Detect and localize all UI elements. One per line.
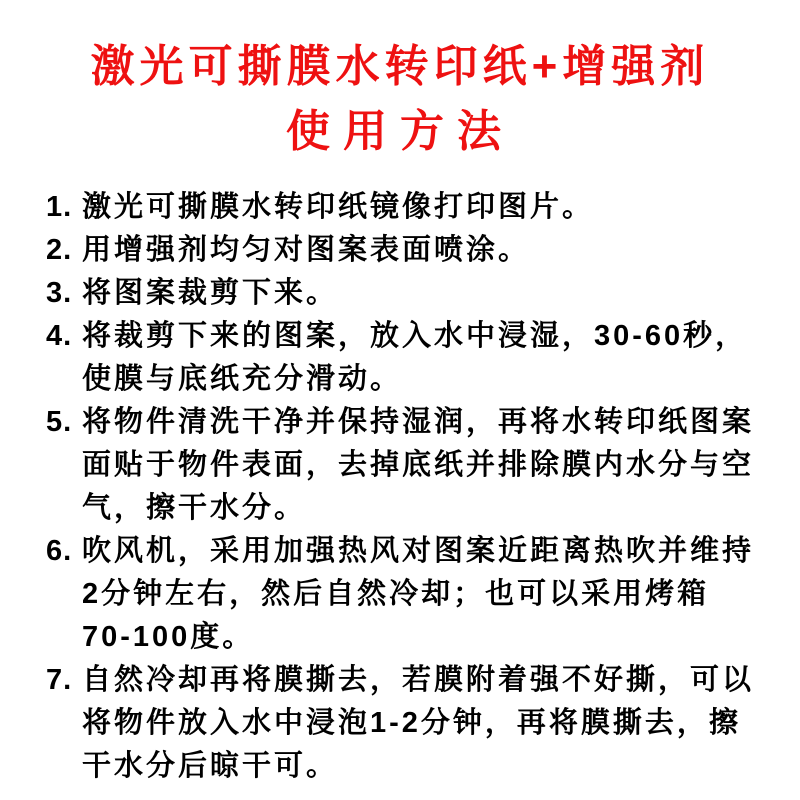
instruction-item-4: 4. 将裁剪下来的图案，放入水中浸湿，30-60秒， 使膜与底纸充分滑动。 [46,315,774,401]
item-text: 用增强剂均匀对图案表面喷涂。 [82,229,530,272]
instruction-list: 1. 激光可撕膜水转印纸镜像打印图片。 2. 用增强剂均匀对图案表面喷涂。 3.… [0,186,800,788]
item-number: 2. [46,229,82,272]
instruction-line: 将物件放入水中浸泡1-2分钟，再将膜撕去，擦 [82,702,754,745]
item-text: 激光可撕膜水转印纸镜像打印图片。 [82,186,594,229]
instruction-item-6: 6. 吹风机，采用加强热风对图案近距离热吹并维持 2分钟左右，然后自然冷却；也可… [46,530,774,659]
instruction-line: 使膜与底纸充分滑动。 [82,358,747,401]
instruction-item-1: 1. 激光可撕膜水转印纸镜像打印图片。 [46,186,774,229]
item-number: 6. [46,530,82,573]
item-number: 5. [46,401,82,444]
item-text: 自然冷却再将膜撕去，若膜附着强不好撕，可以 将物件放入水中浸泡1-2分钟，再将膜… [82,659,754,788]
title-line-1: 激光可撕膜水转印纸+增强剂 [0,40,800,94]
page-title: 激光可撕膜水转印纸+增强剂 使用方法 [0,0,800,158]
item-text: 将裁剪下来的图案，放入水中浸湿，30-60秒， 使膜与底纸充分滑动。 [82,315,747,401]
item-number: 7. [46,659,82,702]
instruction-line: 将物件清洗干净并保持湿润，再将水转印纸图案 [82,401,754,444]
item-text: 吹风机，采用加强热风对图案近距离热吹并维持 2分钟左右，然后自然冷却；也可以采用… [82,530,754,659]
item-number: 4. [46,315,82,358]
instruction-line: 用增强剂均匀对图案表面喷涂。 [82,229,530,272]
instruction-line: 将裁剪下来的图案，放入水中浸湿，30-60秒， [82,315,747,358]
instruction-line: 干水分后晾干可。 [82,745,754,788]
instruction-item-7: 7. 自然冷却再将膜撕去，若膜附着强不好撕，可以 将物件放入水中浸泡1-2分钟，… [46,659,774,788]
instruction-item-2: 2. 用增强剂均匀对图案表面喷涂。 [46,229,774,272]
instruction-item-5: 5. 将物件清洗干净并保持湿润，再将水转印纸图案 面贴于物件表面，去掉底纸并排除… [46,401,774,530]
instruction-line: 吹风机，采用加强热风对图案近距离热吹并维持 [82,530,754,573]
instruction-line: 激光可撕膜水转印纸镜像打印图片。 [82,186,594,229]
instruction-sheet: 激光可撕膜水转印纸+增强剂 使用方法 1. 激光可撕膜水转印纸镜像打印图片。 2… [0,0,800,800]
instruction-line: 气，擦干水分。 [82,487,754,530]
item-text: 将图案裁剪下来。 [82,272,338,315]
instruction-item-3: 3. 将图案裁剪下来。 [46,272,774,315]
title-line-2: 使用方法 [0,106,800,158]
instruction-line: 将图案裁剪下来。 [82,272,338,315]
instruction-line: 2分钟左右，然后自然冷却；也可以采用烤箱 [82,573,754,616]
instruction-line: 70-100度。 [82,616,754,659]
item-number: 1. [46,186,82,229]
item-text: 将物件清洗干净并保持湿润，再将水转印纸图案 面贴于物件表面，去掉底纸并排除膜内水… [82,401,754,530]
item-number: 3. [46,272,82,315]
instruction-line: 自然冷却再将膜撕去，若膜附着强不好撕，可以 [82,659,754,702]
instruction-line: 面贴于物件表面，去掉底纸并排除膜内水分与空 [82,444,754,487]
